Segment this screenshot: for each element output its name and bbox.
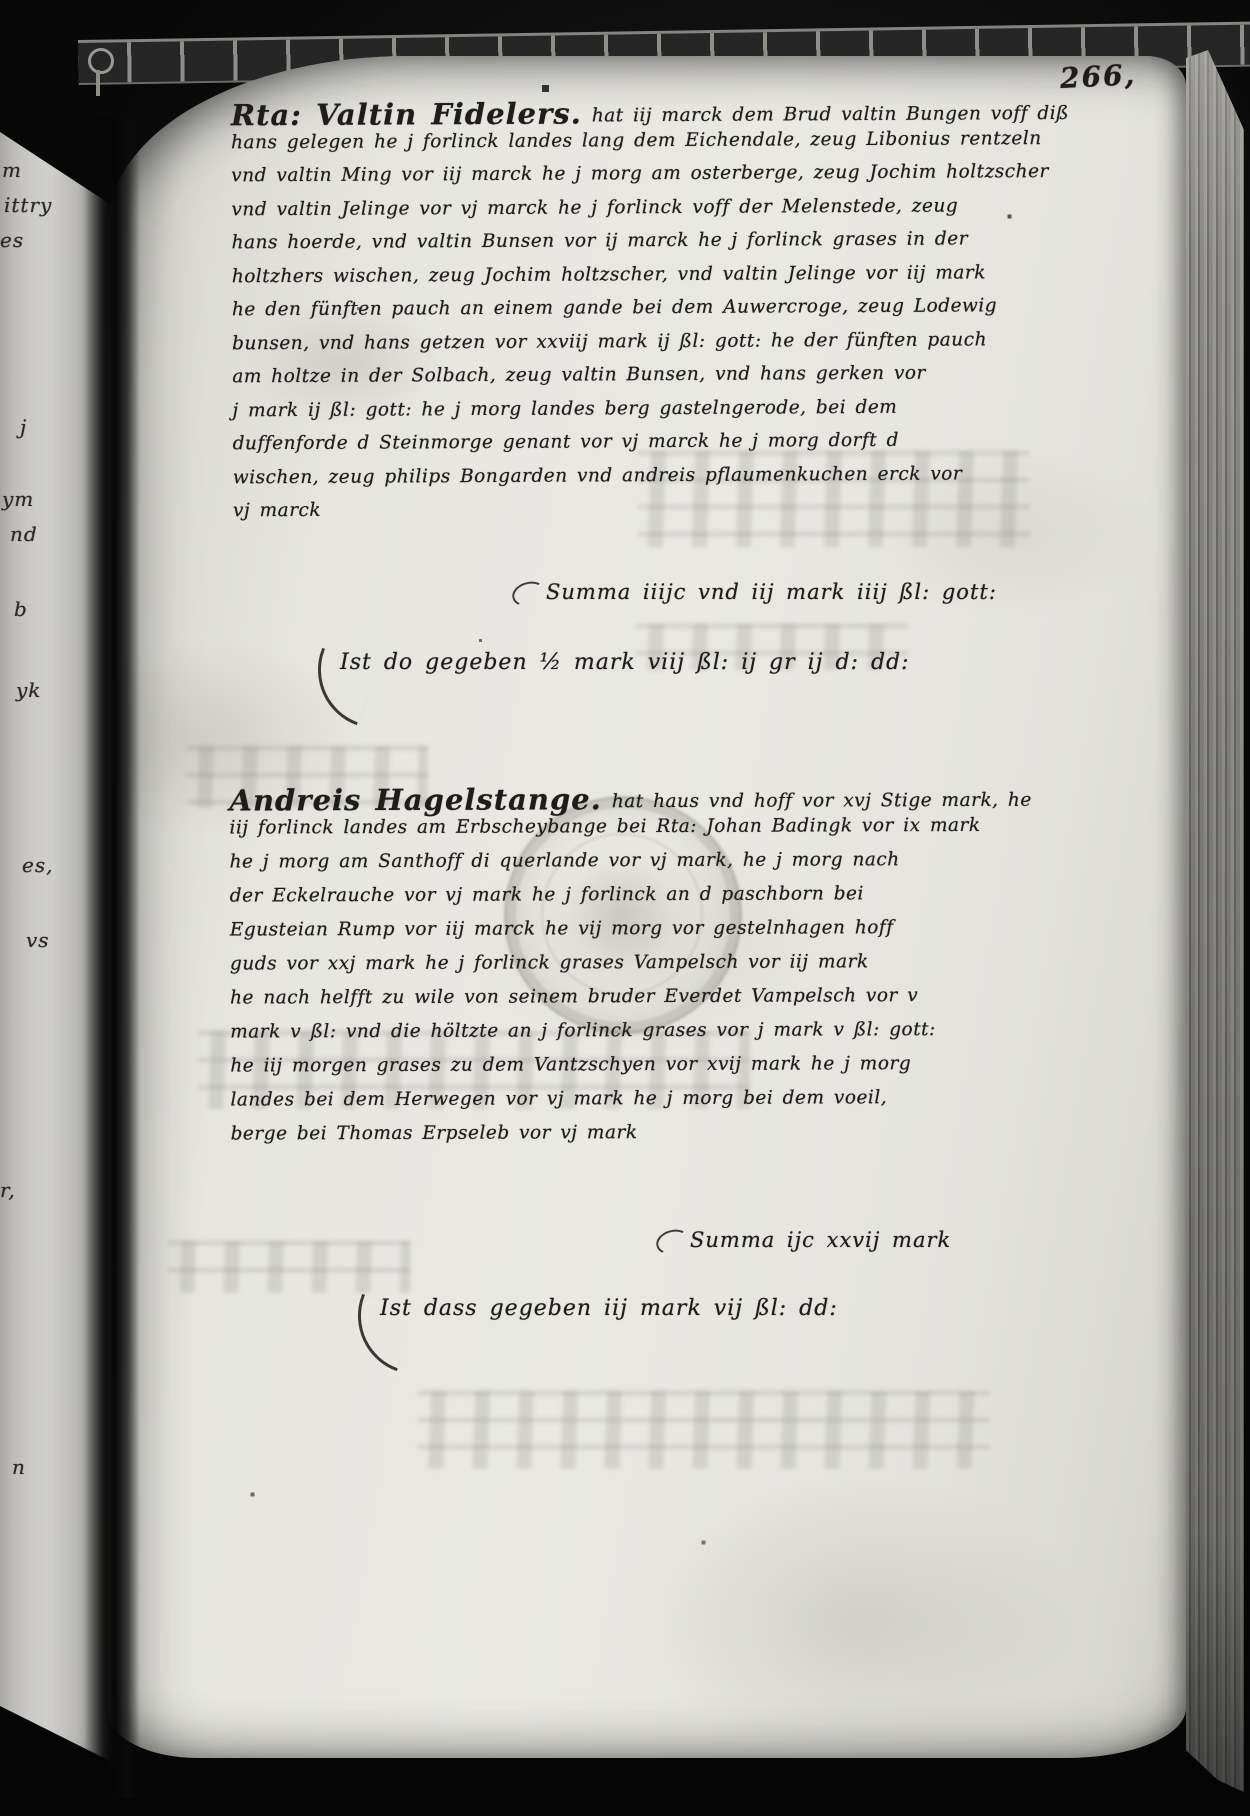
ink-bleedthrough [418, 1391, 990, 1469]
scale-marker-stem [96, 70, 100, 96]
entry-line: berge bei Thomas Erpseleb vor vj mark [231, 1120, 1111, 1157]
facing-page-text-fragment: es, [22, 853, 53, 877]
entry-line: wischen, zeug philips Bongarden vnd andr… [233, 462, 1113, 500]
ink-bleedthrough [168, 1241, 410, 1293]
entry-line: Andreis Hagelstange.hat haus vnd hoff vo… [229, 780, 1109, 817]
entry-line: bunsen, vnd hans getzen vor xxviij mark … [232, 328, 1112, 366]
entry-line: guds vor xxj mark he j forlinck grases V… [230, 950, 1110, 987]
facing-page-text-fragment: n [12, 1455, 26, 1479]
entry-amount-given: Ist do gegeben ½ mark viij ßl: ij gr ij … [340, 650, 910, 675]
entry-line-text: hat haus vnd hoff vor xvj Stige mark, he [612, 790, 1032, 812]
entry-line: am holtze in der Solbach, zeug valtin Bu… [232, 362, 1112, 400]
entry-line: mark v ßl: vnd die höltzte an j forlinck… [230, 1018, 1110, 1055]
entry-line: duffenforde d Steinmorge genant vor vj m… [233, 429, 1113, 467]
entry-summa-total: Summa iiijc vnd iij mark iiij ßl: gott: [546, 580, 997, 604]
page-edge-stack [1186, 50, 1244, 1796]
entry-line: der Eckelrauche vor vj mark he j forlinc… [230, 882, 1110, 919]
facing-page-text-fragment: ʒ [28, 96, 46, 131]
entry-line: hans gelegen he j forlinck landes lang d… [231, 127, 1111, 165]
entry-line: he nach helfft zu wile von seinem bruder… [230, 984, 1110, 1021]
facing-page-text-fragment: r, [0, 1178, 16, 1202]
ledger-entry-andreis-hagelstange: Andreis Hagelstange.hat haus vnd hoff vo… [229, 780, 1110, 1157]
entry-line: j mark ij ßl: gott: he j morg landes ber… [232, 395, 1112, 433]
facing-page-text-fragment: yk [16, 678, 41, 702]
scale-ring-marker [88, 48, 114, 74]
facing-page-text-fragment: ittry [4, 193, 52, 217]
manuscript-photograph: ʒ m ittry es j ym nd b yk es, vs r, n 26… [0, 0, 1250, 1816]
facing-page-text-fragment: j [20, 415, 27, 439]
facing-page-text-fragment: vs [26, 928, 50, 952]
ink-specks [108, 56, 109, 57]
entry-line: vnd valtin Ming vor iij marck he j morg … [231, 161, 1111, 199]
entry-line: iij forlinck landes am Erbscheybange bei… [229, 814, 1109, 851]
facing-page-text-fragment: b [14, 597, 28, 621]
entry-heading: Andreis Hagelstange. [229, 782, 602, 817]
facing-page-text-fragment: ym [2, 487, 34, 511]
entry-line: landes bei dem Herwegen vor vj mark he j… [230, 1086, 1110, 1123]
entry-line: vnd valtin Jelinge vor vj marck he j for… [231, 194, 1111, 232]
entry-line: vj marck [233, 496, 1113, 534]
entry-line: he iij morgen grases zu dem Vantzschyen … [230, 1052, 1110, 1089]
page-number: 266, [1059, 58, 1137, 95]
entry-line: he den fünften pauch an einem gande bei … [232, 295, 1112, 333]
entry-line: holtzhers wischen, zeug Jochim holtzsche… [232, 261, 1112, 299]
ledger-entry-valtin-fidelers: Rta: Valtin Fidelers.hat iij marck dem B… [231, 94, 1113, 534]
entry-line: Egusteian Rump vor iij marck he vij morg… [230, 916, 1110, 953]
entry-heading: Rta: Valtin Fidelers. [231, 96, 582, 132]
entry-summa-total: Summa ijc xxvij mark [690, 1228, 951, 1252]
book-gutter-shadow [84, 118, 140, 1798]
entry-line: he j morg am Santhoff di querlande vor v… [230, 848, 1110, 885]
entry-line-text: hat iij marck dem Brud valtin Bungen vof… [592, 103, 1069, 126]
entry-amount-given: Ist dass gegeben iij mark vij ßl: dd: [380, 1296, 838, 1321]
facing-page-text-fragment: m [2, 158, 22, 182]
manuscript-page: 266, Rta: Valtin Fidelers.hat iij marck … [108, 56, 1186, 1758]
facing-page-text-fragment: es [0, 228, 24, 252]
entry-line: Rta: Valtin Fidelers.hat iij marck dem B… [231, 94, 1111, 132]
entry-line: hans hoerde, vnd valtin Bunsen vor ij ma… [232, 228, 1112, 266]
facing-page-text-fragment: nd [10, 522, 38, 546]
